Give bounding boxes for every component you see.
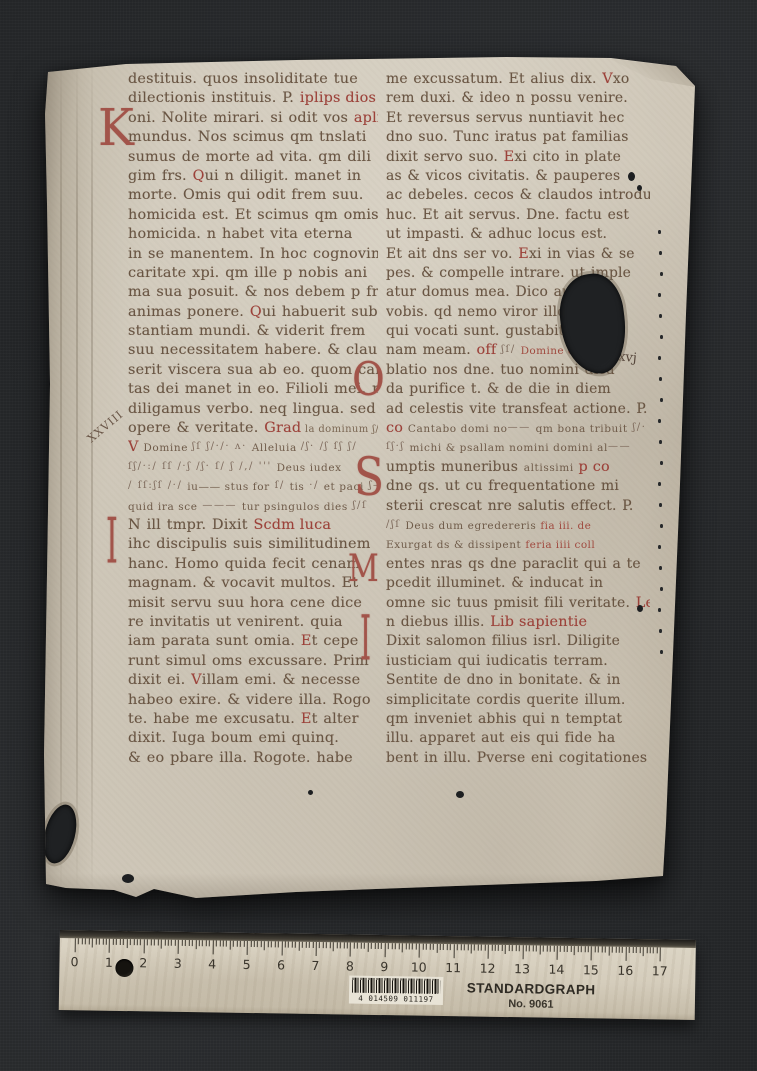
text-segment: Cantabo domi no: [408, 423, 508, 435]
ruler-tick: [488, 945, 489, 959]
ruler-tick: [398, 943, 399, 949]
text-segment: apli: [354, 110, 378, 126]
manuscript-line: N ill tmpr. Dixit Scdm luca: [128, 514, 378, 533]
ink-spot: [628, 172, 635, 181]
text-segment: / ſſ:ʃſ /·/: [128, 480, 187, 491]
ruler-tick: [216, 940, 217, 946]
ruler-tick: [295, 942, 296, 948]
manuscript-line: habeo exire. & videre illa. Rogo: [128, 689, 378, 708]
manuscript-line: morte. Omis qui odit frem suu.: [128, 184, 378, 203]
text-segment: V: [602, 71, 613, 87]
ruler-tick: [443, 944, 444, 950]
ruler-tick: [171, 940, 172, 946]
text-segment: da purifice t. & de die in diem: [386, 381, 611, 397]
ruler-cm-label: 2: [139, 955, 147, 970]
ruler-tick: [147, 939, 148, 945]
ruler-tick: [577, 946, 578, 952]
manuscript-line: ad celestis vite transfeat actione. P.: [386, 398, 650, 417]
ruler-cm-label: 7: [311, 958, 319, 973]
manuscript-line: magnam. & vocavit multos. Et: [128, 572, 378, 591]
text-segment: dixit. Iuga boum emi quinq.: [128, 730, 339, 746]
ruler-tick: [529, 945, 530, 951]
pricking-dot: [659, 503, 662, 507]
text-segment: ʃſ/: [501, 344, 520, 355]
text-segment: Sentite de dno in bonitate. & in: [386, 672, 621, 688]
ruler-tick: [388, 943, 389, 949]
text-segment: dilectionis instituis. P.: [128, 90, 300, 106]
text-segment: t cepe: [312, 633, 359, 649]
ruler-tick: [447, 944, 448, 950]
ruler-tick: [226, 941, 227, 947]
ruler-tick: [574, 946, 575, 955]
ink-spot: [637, 605, 643, 612]
ruler-tick: [340, 942, 341, 948]
ruler-tick: [99, 939, 100, 945]
ruler-tick: [650, 947, 651, 953]
manuscript-line: ſʃ/·:/ ſſ /·ʃ /ʃ· ſ/ ʃ /,/ ''' Deus iude…: [128, 456, 378, 475]
pricking-dot: [659, 440, 662, 444]
text-segment: michi & psallam nomini domini al: [410, 442, 608, 454]
text-segment: me excussatum. Et alius dix.: [386, 71, 602, 87]
ruler-tick: [116, 939, 117, 945]
ruler-cm-label: 0: [70, 954, 78, 969]
text-segment: p co: [574, 459, 610, 475]
ruler-tick: [632, 947, 633, 953]
manuscript-line: entes nras qs dne paraclit qui a te: [386, 553, 650, 572]
ruler-tick: [464, 944, 465, 950]
text-segment: qui vocati sunt. gustabit ce: [386, 323, 587, 339]
manuscript-line: hanc. Homo quida fecit cenam: [128, 553, 378, 572]
manuscript-line: ac debeles. cecos & claudos introduc: [386, 184, 650, 203]
binding-crease: [60, 54, 62, 899]
ruler-tick: [305, 942, 306, 948]
manuscript-line: dilectionis instituis. P. iplips dios: [128, 87, 378, 106]
text-segment: ui n diligit. manet in: [205, 168, 362, 184]
ruler-tick: [230, 941, 231, 950]
illuminated-initial: S: [354, 452, 384, 505]
ruler-tick: [330, 942, 331, 948]
ruler-cm-label: 17: [652, 963, 668, 978]
text-segment: ad celestis vite transfeat actione. P.: [386, 401, 648, 417]
text-segment: Et reversus servus nuntiavit hec: [386, 110, 624, 126]
text-segment: iusticiam qui iudicatis terram.: [386, 653, 608, 669]
text-segment: fia iii. de: [540, 520, 591, 532]
text-segment: illam emi. & necesse: [202, 672, 361, 688]
ruler-tick: [312, 942, 313, 948]
barcode-bars: [352, 978, 440, 994]
manuscript-line: ihc discipulis suis similitudinem: [128, 533, 378, 552]
text-segment: oni. Nolite mirari. si odit vos: [128, 110, 354, 126]
ruler-tick: [474, 945, 475, 951]
ruler-tick: [257, 941, 258, 947]
ruler-tick: [264, 941, 265, 950]
ruler-tick: [202, 940, 203, 946]
ruler-tick: [188, 940, 189, 946]
ruler-tick: [619, 947, 620, 953]
text-segment: ma sua posuit. & nos debem p frib: [128, 284, 378, 300]
ruler-cm-label: 15: [583, 962, 599, 977]
ruler-tick: [278, 941, 279, 947]
bottom-edge-shading: [36, 873, 696, 899]
ruler-tick: [536, 945, 537, 951]
ruler-tick: [95, 939, 96, 945]
text-segment: dno suo. Tunc iratus pat familias: [386, 129, 629, 145]
text-segment: ———: [198, 500, 242, 511]
text-segment: illu. apparet aut eis qui fide ha: [386, 730, 615, 746]
text-column-right: me excussatum. Et alius dix. Vxorem duxi…: [386, 68, 650, 766]
pricking-dot: [658, 356, 661, 360]
pricking-dot: [658, 293, 661, 297]
manuscript-line: te. habe me excusatu. Et alter: [128, 708, 378, 727]
ruler-tick: [371, 943, 372, 949]
text-segment: V: [191, 672, 202, 688]
ruler-tick: [175, 940, 176, 946]
manuscript-line: Et reversus servus nuntiavit hec: [386, 107, 650, 126]
text-segment: misit servu suu hora cene dice: [128, 595, 362, 611]
manuscript-photograph: destituis. quos insoliditate tuedilectio…: [0, 0, 757, 1071]
ruler-tick: [515, 945, 516, 951]
manuscript-line: opere & veritate. Grad la dominum ʃ/: [128, 417, 378, 436]
text-segment: opere & veritate.: [128, 420, 264, 436]
ruler-tick: [319, 942, 320, 948]
ruler-tick: [130, 939, 131, 945]
ruler-cm-label: 12: [480, 961, 496, 976]
text-segment: omne sic tuus pmisit fili veritate.: [386, 595, 636, 611]
text-segment: N ill tmpr. Dixit: [128, 517, 253, 533]
ruler-cm-label: 5: [243, 957, 251, 972]
text-segment: E: [518, 246, 529, 262]
barcode: 4 014509 011197: [349, 976, 443, 1005]
ruler-tick: [509, 945, 510, 951]
ruler-tick: [391, 943, 392, 949]
text-segment: iam parata sunt omia.: [128, 633, 301, 649]
text-segment: iplips dios: [300, 90, 376, 106]
text-segment: Deus dum egredereris: [405, 520, 540, 532]
ruler-tick: [481, 945, 482, 951]
pricking-dot: [660, 650, 663, 654]
pricking-dot: [660, 524, 663, 528]
pricking-dot: [658, 230, 661, 234]
manuscript-line: rem duxi. & ideo n possu venire.: [386, 87, 650, 106]
text-segment: nam meam.: [386, 342, 477, 358]
pricking-dot: [659, 377, 662, 381]
ruler-tick: [433, 944, 434, 950]
manuscript-line: as & vicos civitatis. & pauperes: [386, 165, 650, 184]
ruler-cm-label: 6: [277, 957, 285, 972]
ruler-tick: [422, 944, 423, 950]
manuscript-line: oni. Nolite mirari. si odit vos apli: [128, 107, 378, 126]
text-segment: sterii crescat nre salutis effect. P.: [386, 498, 634, 514]
ruler-tick: [381, 943, 382, 949]
manuscript-line: Et ait dns ser vo. Exi in vias & se: [386, 243, 650, 262]
ruler-tick: [591, 946, 592, 960]
illuminated-initial: O: [352, 357, 385, 403]
ruler-tick: [484, 945, 485, 951]
ruler-tick: [144, 939, 145, 953]
text-segment: bent in illu. Pverse eni cogitationes: [386, 750, 647, 766]
text-segment: ſʃ·ʃ: [386, 441, 410, 452]
manuscript-line: stantiam mundi. & viderit frem: [128, 320, 378, 339]
text-segment: stantiam mundi. & viderit frem: [128, 323, 365, 339]
ruler-tick: [333, 942, 334, 951]
ruler-tick: [546, 946, 547, 952]
ruler-tick: [347, 943, 348, 949]
ruler-tick: [539, 946, 540, 955]
manuscript-line: dne qs. ut cu frequentatione mi: [386, 475, 650, 494]
text-segment: tas dei manet in eo. Filioli mei. n: [128, 381, 378, 397]
binding-crease: [76, 54, 78, 899]
pricking-dot: [660, 335, 663, 339]
ruler-hanging-hole: [115, 959, 133, 977]
ruler-tick: [206, 940, 207, 946]
text-column-left: destituis. quos insoliditate tuedilectio…: [128, 68, 378, 766]
manuscript-line: serit viscera sua ab eo. quom cari: [128, 359, 378, 378]
ruler-tick: [302, 942, 303, 948]
text-segment: ut impasti. & adhuc locus est.: [386, 226, 607, 242]
text-segment: homicida est. Et scimus qm omis: [128, 207, 378, 223]
manuscript-line: dixit ei. Villam emi. & necesse: [128, 669, 378, 688]
manuscript-line: iusticiam qui iudicatis terram.: [386, 650, 650, 669]
ruler-tick: [85, 938, 86, 944]
ruler-tick: [247, 941, 248, 955]
ruler-cm-label: 4: [208, 956, 216, 971]
text-segment: morte. Omis qui odit frem suu.: [128, 187, 364, 203]
manuscript-line: iam parata sunt omia. Et cepe: [128, 630, 378, 649]
ruler-tick: [140, 939, 141, 945]
manuscript-line: huc. Et ait servus. Dne. factu est: [386, 204, 650, 223]
ruler-tick: [498, 945, 499, 951]
manuscript-line: animas ponere. Qui habuerit sub: [128, 301, 378, 320]
ruler-tick: [395, 943, 396, 949]
ruler-tick: [533, 945, 534, 951]
ruler-tick: [453, 944, 454, 958]
manuscript-line: tas dei manet in eo. Filioli mei. n: [128, 378, 378, 397]
ruler-tick: [223, 941, 224, 947]
ruler-tick: [120, 939, 121, 945]
text-segment: E: [504, 149, 515, 165]
text-segment: animas ponere.: [128, 304, 250, 320]
text-segment: pcedit illuminet. & inducat in: [386, 575, 603, 591]
ruler-tick: [467, 944, 468, 950]
text-segment: Q: [250, 304, 262, 320]
text-segment: co: [386, 420, 408, 436]
ruler-tick: [192, 940, 193, 946]
ruler-tick: [343, 942, 344, 948]
ink-spot: [637, 185, 642, 191]
ruler-tick: [364, 943, 365, 949]
text-segment: Deus iudex: [277, 462, 342, 474]
manuscript-line: co Cantabo domi no—— qm bona tribuit ʃ/·: [386, 417, 650, 436]
ruler-tick: [157, 940, 158, 946]
ruler-tick: [199, 940, 200, 946]
text-segment: rem duxi. & ideo n possu venire.: [386, 90, 628, 106]
ruler-tick: [271, 941, 272, 947]
ruler-tick: [240, 941, 241, 947]
illuminated-initial: K: [98, 103, 134, 153]
text-segment: gim frs.: [128, 168, 193, 184]
ruler-tick: [219, 941, 220, 947]
ruler-tick: [185, 940, 186, 946]
manuscript-line: suu necessitatem habere. & clau: [128, 339, 378, 358]
manuscript-line: simplicitate cordis querite illum.: [386, 689, 650, 708]
pricking-dot: [658, 545, 661, 549]
text-segment: dixit servo suo.: [386, 149, 504, 165]
ruler-tick: [268, 941, 269, 947]
ruler-tick: [405, 943, 406, 949]
text-segment: ſʃ/·:/ ſſ /·ʃ /ʃ· ſ/ ʃ /,/ ''': [128, 461, 277, 472]
parchment-leaf: destituis. quos insoliditate tuedilectio…: [36, 54, 696, 899]
ruler-cm-label: 8: [346, 958, 354, 973]
ruler-tick: [233, 941, 234, 947]
ruler-tick: [646, 947, 647, 953]
text-segment: off: [477, 342, 502, 358]
text-segment: caritate xpi. qm ille p nobis ani: [128, 265, 367, 281]
text-segment: serit viscera sua ab eo. quom cari: [128, 362, 378, 378]
ruler-tick: [608, 947, 609, 956]
manuscript-line: gim frs. Qui n diligit. manet in: [128, 165, 378, 184]
ruler-tick: [285, 942, 286, 948]
ruler-tick: [409, 943, 410, 949]
ruler-tick: [478, 945, 479, 951]
illuminated-initial: M: [348, 551, 379, 589]
text-segment: Scdm luca: [253, 517, 331, 533]
manuscript-line: ma sua posuit. & nos debem p frib: [128, 281, 378, 300]
ruler-tick: [374, 943, 375, 949]
manuscript-line: omne sic tuus pmisit fili veritate. Lecc: [386, 592, 650, 611]
ruler-tick: [75, 938, 76, 952]
ruler-tick: [316, 942, 317, 956]
text-segment: simplicitate cordis querite illum.: [386, 692, 626, 708]
text-segment: runt simul oms excussare. Prim: [128, 653, 369, 669]
text-segment: ʃ/·: [628, 422, 647, 433]
ruler-tick: [426, 944, 427, 950]
ruler-tick: [106, 939, 107, 945]
manuscript-line: / ſſ:ʃſ /·/ iu—— stus for ſ/ tis ·/ et p…: [128, 475, 378, 494]
ruler-tick: [309, 942, 310, 948]
text-segment: tis: [290, 481, 305, 493]
manuscript-line: da purifice t. & de die in diem: [386, 378, 650, 397]
ruler-brand: STANDARDGRAPH: [451, 980, 611, 998]
text-segment: Dixit salomon filius isrl. Diligite: [386, 633, 620, 649]
ruler-model: No. 9061: [451, 997, 611, 1012]
text-segment: & eo pbare illa. Rogote. habe: [128, 750, 353, 766]
pricking-dot: [659, 251, 662, 255]
manuscript-line: /ʃſ Deus dum egredereris fia iii. de: [386, 514, 650, 533]
ruler-cm-label: 16: [617, 963, 633, 978]
text-segment: te. habe me excusatu.: [128, 711, 301, 727]
ruler-tick: [326, 942, 327, 948]
text-segment: xi in vias & se: [529, 246, 635, 262]
ruler-tick: [636, 947, 637, 953]
ruler-tick: [560, 946, 561, 952]
ruler-tick: [123, 939, 124, 945]
text-segment: hanc. Homo quida fecit cenam: [128, 556, 360, 572]
text-segment: destituis. quos insoliditate tue: [128, 71, 358, 87]
text-segment: ——: [608, 441, 631, 452]
ruler-tick: [457, 944, 458, 950]
ruler-tick: [460, 944, 461, 950]
text-segment: Q: [193, 168, 205, 184]
text-segment: ac debeles. cecos & claudos introduc: [386, 187, 650, 203]
ruler-tick: [298, 942, 299, 951]
ruler-tick: [605, 947, 606, 953]
text-segment: vobis. qd nemo viror illoru: [386, 304, 582, 320]
text-segment: huc. Et ait servus. Dne. factu est: [386, 207, 629, 223]
text-segment: Lib sapientie: [490, 614, 587, 630]
pricking-dot: [660, 398, 663, 402]
manuscript-line: re invitatis ut venirent. quia: [128, 611, 378, 630]
text-segment: Grad: [264, 420, 301, 436]
ruler-tick: [553, 946, 554, 952]
text-segment: dne qs. ut cu frequentatione mi: [386, 478, 619, 494]
text-segment: E: [301, 633, 312, 649]
text-segment: /ʃſ: [386, 519, 405, 530]
pricking-dot: [658, 608, 661, 612]
manuscript-line: runt simul oms excussare. Prim: [128, 650, 378, 669]
ruler-tick: [519, 945, 520, 951]
text-segment: Et ait dns ser vo.: [386, 246, 518, 262]
ruler-tick: [154, 939, 155, 945]
text-segment: V: [128, 439, 143, 455]
ruler-tick: [323, 942, 324, 948]
manuscript-page: destituis. quos insoliditate tuedilectio…: [36, 54, 696, 899]
ruler-tick: [168, 940, 169, 946]
ruler-tick: [367, 943, 368, 952]
ruler-tick: [89, 938, 90, 944]
illuminated-initial: I: [106, 512, 118, 575]
ruler-tick: [502, 945, 503, 951]
ruler-tick: [361, 943, 362, 949]
ruler-tick: [137, 939, 138, 945]
text-segment: as & vicos civitatis. & pauperes: [386, 168, 620, 184]
pricking-dot: [658, 482, 661, 486]
ruler-tick: [512, 945, 513, 951]
ink-spot: [308, 790, 313, 795]
ruler-tick: [595, 946, 596, 952]
text-segment: quid ira sce: [128, 501, 198, 513]
ruler-tick: [212, 940, 213, 954]
text-segment: iu—— stus for: [187, 481, 270, 493]
manuscript-line: mundus. Nos scimus qm tnslati: [128, 126, 378, 145]
text-segment: diligamus verbo. neq lingua. sed: [128, 401, 376, 417]
ruler-tick: [643, 947, 644, 956]
ruler-tick: [281, 941, 282, 955]
ruler-tick: [254, 941, 255, 947]
ruler-tick: [629, 947, 630, 953]
ruler-tick: [598, 946, 599, 952]
manuscript-line: pcedit illuminet. & inducat in: [386, 572, 650, 591]
ruler-cm-label: 11: [445, 960, 461, 975]
pricking-dot: [658, 419, 661, 423]
ruler-tick: [181, 940, 182, 946]
ruler-tick: [354, 943, 355, 949]
ruler-tick: [557, 946, 558, 960]
ruler-tick: [109, 939, 110, 953]
ruler-tick: [195, 940, 196, 949]
ruler-tick: [440, 944, 441, 950]
manuscript-line: umptis muneribus altissimi p co: [386, 456, 650, 475]
manuscript-line: illu. apparet aut eis qui fide ha: [386, 727, 650, 746]
text-segment: t alter: [312, 711, 359, 727]
ruler-tick: [261, 941, 262, 947]
ruler-tick: [102, 939, 103, 945]
ruler-tick: [526, 945, 527, 951]
text-segment: umptis muneribus: [386, 459, 524, 475]
manuscript-line: Exurgat ds & dissipent feria iiii coll: [386, 533, 650, 552]
ruler-tick: [660, 947, 661, 961]
ruler-tick: [209, 940, 210, 946]
ink-spot: [456, 791, 464, 798]
